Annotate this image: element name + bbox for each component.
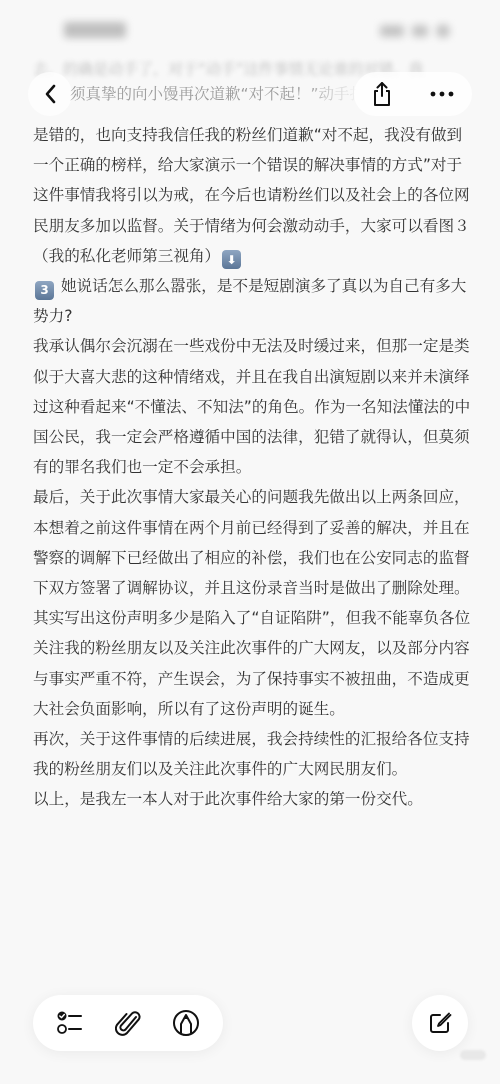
paragraph-1: 是错的，也向支持我信任我的粉丝们道歉“对不起，我没有做到一个正确的榜样，给大家演… — [33, 120, 473, 271]
nav-bar: 须真挚的向小馒再次道歉“对不起！”动手打 — [0, 72, 500, 116]
markup-button[interactable] — [168, 1005, 204, 1041]
checklist-button[interactable] — [52, 1005, 88, 1041]
paperclip-icon — [115, 1009, 141, 1037]
wifi-icon — [412, 25, 428, 37]
share-icon — [371, 81, 393, 107]
note-body[interactable]: 是错的，也向支持我信任我的粉丝们道歉“对不起，我没有做到一个正确的榜样，给大家演… — [33, 120, 473, 815]
bottom-toolbar — [33, 995, 223, 1051]
status-time — [64, 22, 126, 38]
paragraph-6: 以上，是我左一本人对于此次事件给大家的第一份交代。 — [33, 784, 473, 814]
more-horizontal-icon — [430, 91, 454, 97]
signal-icon — [380, 25, 404, 37]
battery-icon — [436, 24, 450, 38]
attachment-button[interactable] — [110, 1005, 146, 1041]
status-bar — [0, 0, 500, 56]
checklist-icon — [56, 1010, 84, 1036]
share-button[interactable] — [366, 78, 398, 110]
down-arrow-emoji-icon: ⬇ — [222, 250, 241, 269]
note-title: 须真挚的向小馒再次道歉“对不起！”动手打 — [70, 82, 360, 106]
watermark-badge — [460, 1050, 486, 1060]
compose-button[interactable] — [412, 995, 468, 1051]
paragraph-5: 再次，关于这件事情的后续进展，我会持续性的汇报给各位支持我的粉丝朋友们以及关注此… — [33, 724, 473, 784]
paragraph-3: 我承认偶尔会沉溺在一些戏份中无法及时缓过来，但那一定是类似于大喜大悲的这种情绪戏… — [33, 331, 473, 482]
nav-actions — [354, 72, 472, 116]
keycap-3-emoji-icon: 3 — [35, 281, 54, 300]
chevron-left-icon — [43, 83, 57, 105]
watermark — [400, 1067, 492, 1077]
more-button[interactable] — [426, 78, 458, 110]
back-button[interactable] — [28, 72, 72, 116]
notes-screen: 去，的确是动手了，对于“动手”这件事情无论谁的对错，我 须真挚的向小馒再次道歉“… — [0, 0, 500, 1084]
compose-icon — [428, 1011, 452, 1035]
paragraph-2: 3 她说话怎么那么嚣张，是不是短剧演多了真以为自己有多大势力? — [33, 271, 473, 331]
paragraph-4: 最后，关于此次事情大家最关心的问题我先做出以上两条回应，本想着之前这件事情在两个… — [33, 482, 473, 724]
status-icons — [380, 24, 450, 38]
pen-markup-icon — [172, 1009, 200, 1037]
